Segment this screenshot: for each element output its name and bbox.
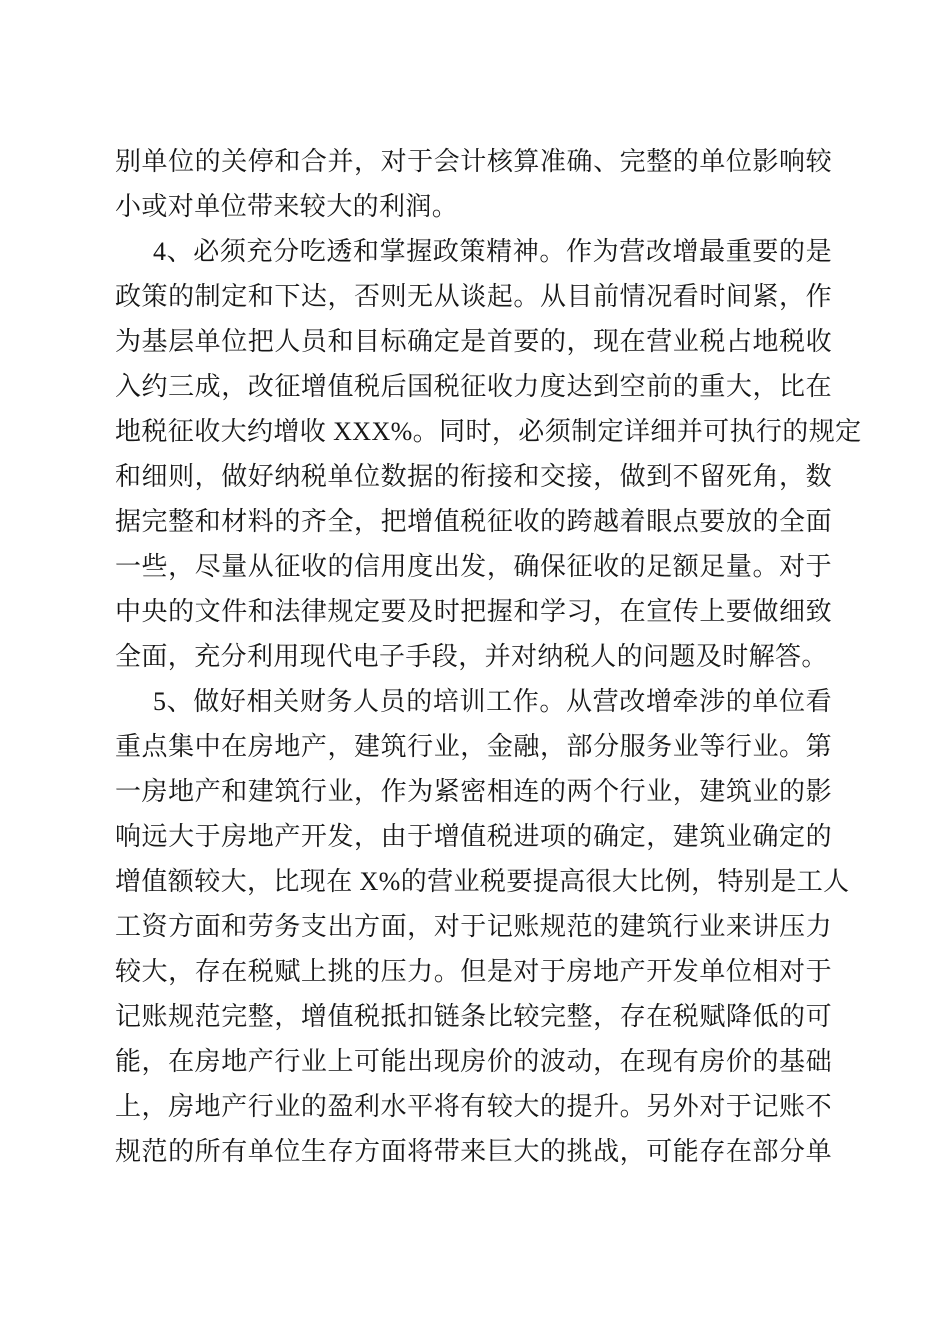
document-line: 5、做好相关财务人员的培训工作。从营改增牵涉的单位看 [115, 679, 832, 724]
document-line: 地税征收大约增收 XXX%。同时，必须制定详细并可执行的规定 [115, 409, 832, 454]
document-line: 一房地产和建筑行业，作为紧密相连的两个行业，建筑业的影 [115, 769, 832, 814]
document-line: 中央的文件和法律规定要及时把握和学习，在宣传上要做细致 [115, 589, 832, 634]
document-line: 全面，充分利用现代电子手段，并对纳税人的问题及时解答。 [115, 634, 832, 679]
document-page: 别单位的关停和合并，对于会计核算准确、完整的单位影响较小或对单位带来较大的利润。… [0, 0, 950, 1344]
document-line: 能，在房地产行业上可能出现房价的波动，在现有房价的基础 [115, 1039, 832, 1084]
document-line: 入约三成，改征增值税后国税征收力度达到空前的重大，比在 [115, 364, 832, 409]
document-line: 重点集中在房地产，建筑行业，金融，部分服务业等行业。第 [115, 724, 832, 769]
document-line: 增值额较大，比现在 X%的营业税要提高很大比例，特别是工人 [115, 859, 832, 904]
document-line: 为基层单位把人员和目标确定是首要的，现在营业税占地税收 [115, 319, 832, 364]
document-line: 一些，尽量从征收的信用度出发，确保征收的足额足量。对于 [115, 544, 832, 589]
document-line: 较大，存在税赋上挑的压力。但是对于房地产开发单位相对于 [115, 949, 832, 994]
document-text-block: 别单位的关停和合并，对于会计核算准确、完整的单位影响较小或对单位带来较大的利润。… [115, 139, 832, 1174]
document-line: 小或对单位带来较大的利润。 [115, 184, 832, 229]
document-line: 记账规范完整，增值税抵扣链条比较完整，存在税赋降低的可 [115, 994, 832, 1039]
document-line: 4、必须充分吃透和掌握政策精神。作为营改增最重要的是 [115, 229, 832, 274]
document-line: 据完整和材料的齐全，把增值税征收的跨越着眼点要放的全面 [115, 499, 832, 544]
document-line: 响远大于房地产开发，由于增值税进项的确定，建筑业确定的 [115, 814, 832, 859]
document-line: 政策的制定和下达，否则无从谈起。从目前情况看时间紧，作 [115, 274, 832, 319]
document-line: 规范的所有单位生存方面将带来巨大的挑战，可能存在部分单 [115, 1129, 832, 1174]
document-line: 别单位的关停和合并，对于会计核算准确、完整的单位影响较 [115, 139, 832, 184]
document-line: 工资方面和劳务支出方面，对于记账规范的建筑行业来讲压力 [115, 904, 832, 949]
document-line: 和细则，做好纳税单位数据的衔接和交接，做到不留死角，数 [115, 454, 832, 499]
document-line: 上，房地产行业的盈利水平将有较大的提升。另外对于记账不 [115, 1084, 832, 1129]
